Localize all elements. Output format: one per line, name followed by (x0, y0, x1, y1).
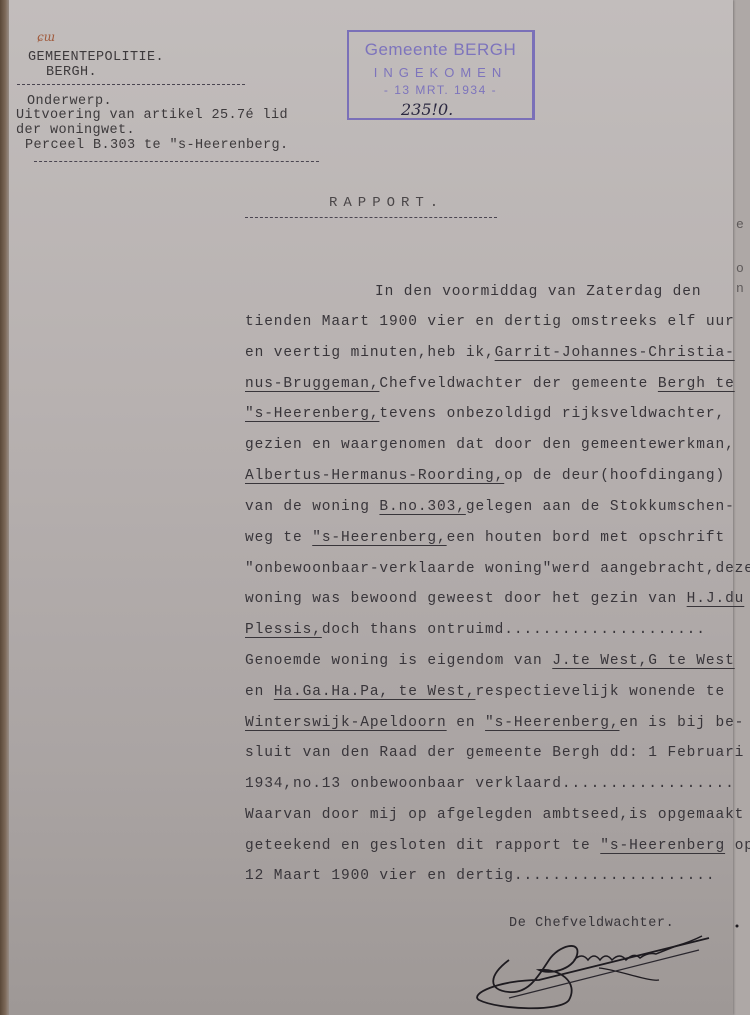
body-text: "onbewoonbaar-verklaarde woning"werd aan… (245, 561, 750, 577)
org-line-2: BERGH. (46, 65, 97, 80)
underlined-name: "s-Heerenberg, (245, 406, 379, 422)
body-text: sluit van den Raad der gemeente Bergh dd… (245, 745, 744, 761)
body-text: doch thans ontruimd..................... (322, 622, 706, 638)
underlined-name: "s-Heerenberg, (312, 530, 446, 546)
body-line: 12 Maart 1900 vier en dertig............… (245, 868, 715, 884)
document-page: ɕɯ GEMEENTEPOLITIE. BERGH. Onderwerp. Ui… (9, 0, 733, 1015)
body-text: een houten bord met opschrift (447, 530, 725, 546)
stamp-received: INGEKOMEN (349, 65, 532, 80)
underlined-name: J.te West,G te West (552, 653, 734, 669)
stamp-handwritten-number: 235!0. (401, 100, 453, 119)
binder-edge (0, 0, 9, 1015)
subject-line-2: der woningwet. (16, 123, 135, 138)
body-text: In den voormiddag van Zaterdag den (375, 284, 701, 300)
signature (469, 920, 749, 1015)
stamp-date: - 13 MRT. 1934 - (349, 83, 532, 97)
subject-label: Onderwerp. (27, 94, 112, 109)
body-line: Plessis,doch thans ontruimd.............… (245, 622, 706, 638)
body-text: gezien en waargenomen dat door den gemee… (245, 437, 735, 453)
body-text: van de woning (245, 499, 379, 515)
body-line: Winterswijk-Apeldoorn en "s-Heerenberg,e… (245, 715, 744, 731)
body-text: en (447, 715, 485, 731)
body-text: op de deur(hoofdingang) (504, 468, 725, 484)
underlined-name: nus-Bruggeman, (245, 376, 379, 392)
body-text: weg te (245, 530, 312, 546)
body-text: geteekend en gesloten dit rapport te (245, 838, 600, 854)
body-line: sluit van den Raad der gemeente Bergh dd… (245, 745, 744, 761)
underlined-name: Garrit-Johannes-Christia- (495, 345, 735, 361)
underlined-name: Winterswijk-Apeldoorn (245, 715, 447, 731)
body-text: en is bij be- (619, 715, 744, 731)
body-line: tienden Maart 1900 vier en dertig omstre… (245, 314, 735, 330)
body-text: 1934,no.13 onbewoonbaar verklaard.......… (245, 776, 735, 792)
subject-divider (34, 161, 319, 162)
body-line: nus-Bruggeman,Chefveldwachter der gemeen… (245, 376, 735, 392)
body-text: Chefveldwachter der gemeente (379, 376, 657, 392)
underlined-name: "s-Heerenberg, (485, 715, 619, 731)
body-line: Albertus-Hermanus-Roording,op de deur(ho… (245, 468, 725, 484)
body-text: tevens onbezoldigd rijksveldwachter, (379, 406, 725, 422)
report-title: RAPPORT. (329, 195, 444, 211)
body-line: In den voormiddag van Zaterdag den (375, 284, 701, 300)
body-line: Waarvan door mij op afgelegden ambtseed,… (245, 807, 744, 823)
stamp-municipality: Gemeente BERGH (349, 40, 532, 60)
body-line: weg te "s-Heerenberg,een houten bord met… (245, 530, 725, 546)
body-line: en veertig minuten,heb ik,Garrit-Johanne… (245, 345, 735, 361)
underlined-name: "s-Heerenberg (600, 838, 725, 854)
body-text: en (245, 684, 274, 700)
body-line: geteekend en gesloten dit rapport te "s-… (245, 838, 750, 854)
subject-line-1: Uitvoering van artikel 25.7é lid (16, 108, 288, 123)
body-line: woning was bewoond geweest door het gezi… (245, 591, 744, 607)
received-stamp: Gemeente BERGH INGEKOMEN - 13 MRT. 1934 … (347, 30, 535, 120)
body-line: van de woning B.no.303,gelegen aan de St… (245, 499, 735, 515)
underlined-name: Ha.Ga.Ha.Pa, te West, (274, 684, 476, 700)
underlined-name: Plessis, (245, 622, 322, 638)
underlined-name: Bergh te (658, 376, 735, 392)
underlined-name: H.J.du (687, 591, 745, 607)
body-text: Genoemde woning is eigendom van (245, 653, 552, 669)
org-line-1: GEMEENTEPOLITIE. (28, 50, 164, 65)
underlined-name: Albertus-Hermanus-Roording, (245, 468, 504, 484)
body-text: respectievelijk wonende te (475, 684, 725, 700)
body-line: 1934,no.13 onbewoonbaar verklaard.......… (245, 776, 735, 792)
body-text: gelegen aan de Stokkumschen- (466, 499, 735, 515)
underlying-text: e (736, 218, 744, 231)
body-text: woning was bewoond geweest door het gezi… (245, 591, 687, 607)
underlying-text: n (736, 282, 744, 295)
body-text: tienden Maart 1900 vier en dertig omstre… (245, 314, 735, 330)
body-text: op (725, 838, 750, 854)
body-text: en veertig minuten,heb ik, (245, 345, 495, 361)
underlying-text: o (736, 262, 744, 275)
body-text: 12 Maart 1900 vier en dertig............… (245, 868, 715, 884)
body-text: Waarvan door mij op afgelegden ambtseed,… (245, 807, 744, 823)
body-line: Genoemde woning is eigendom van J.te Wes… (245, 653, 735, 669)
subject-line-3: Perceel B.303 te "s-Heerenberg. (25, 138, 289, 153)
body-line: en Ha.Ga.Ha.Pa, te West,respectievelijk … (245, 684, 725, 700)
body-line: "s-Heerenberg,tevens onbezoldigd rijksve… (245, 406, 725, 422)
body-line: "onbewoonbaar-verklaarde woning"werd aan… (245, 561, 750, 577)
underlined-name: B.no.303, (379, 499, 465, 515)
title-divider (245, 217, 497, 218)
body-line: gezien en waargenomen dat door den gemee… (245, 437, 735, 453)
header-divider (17, 84, 245, 85)
corner-mark: ɕɯ (37, 30, 55, 44)
